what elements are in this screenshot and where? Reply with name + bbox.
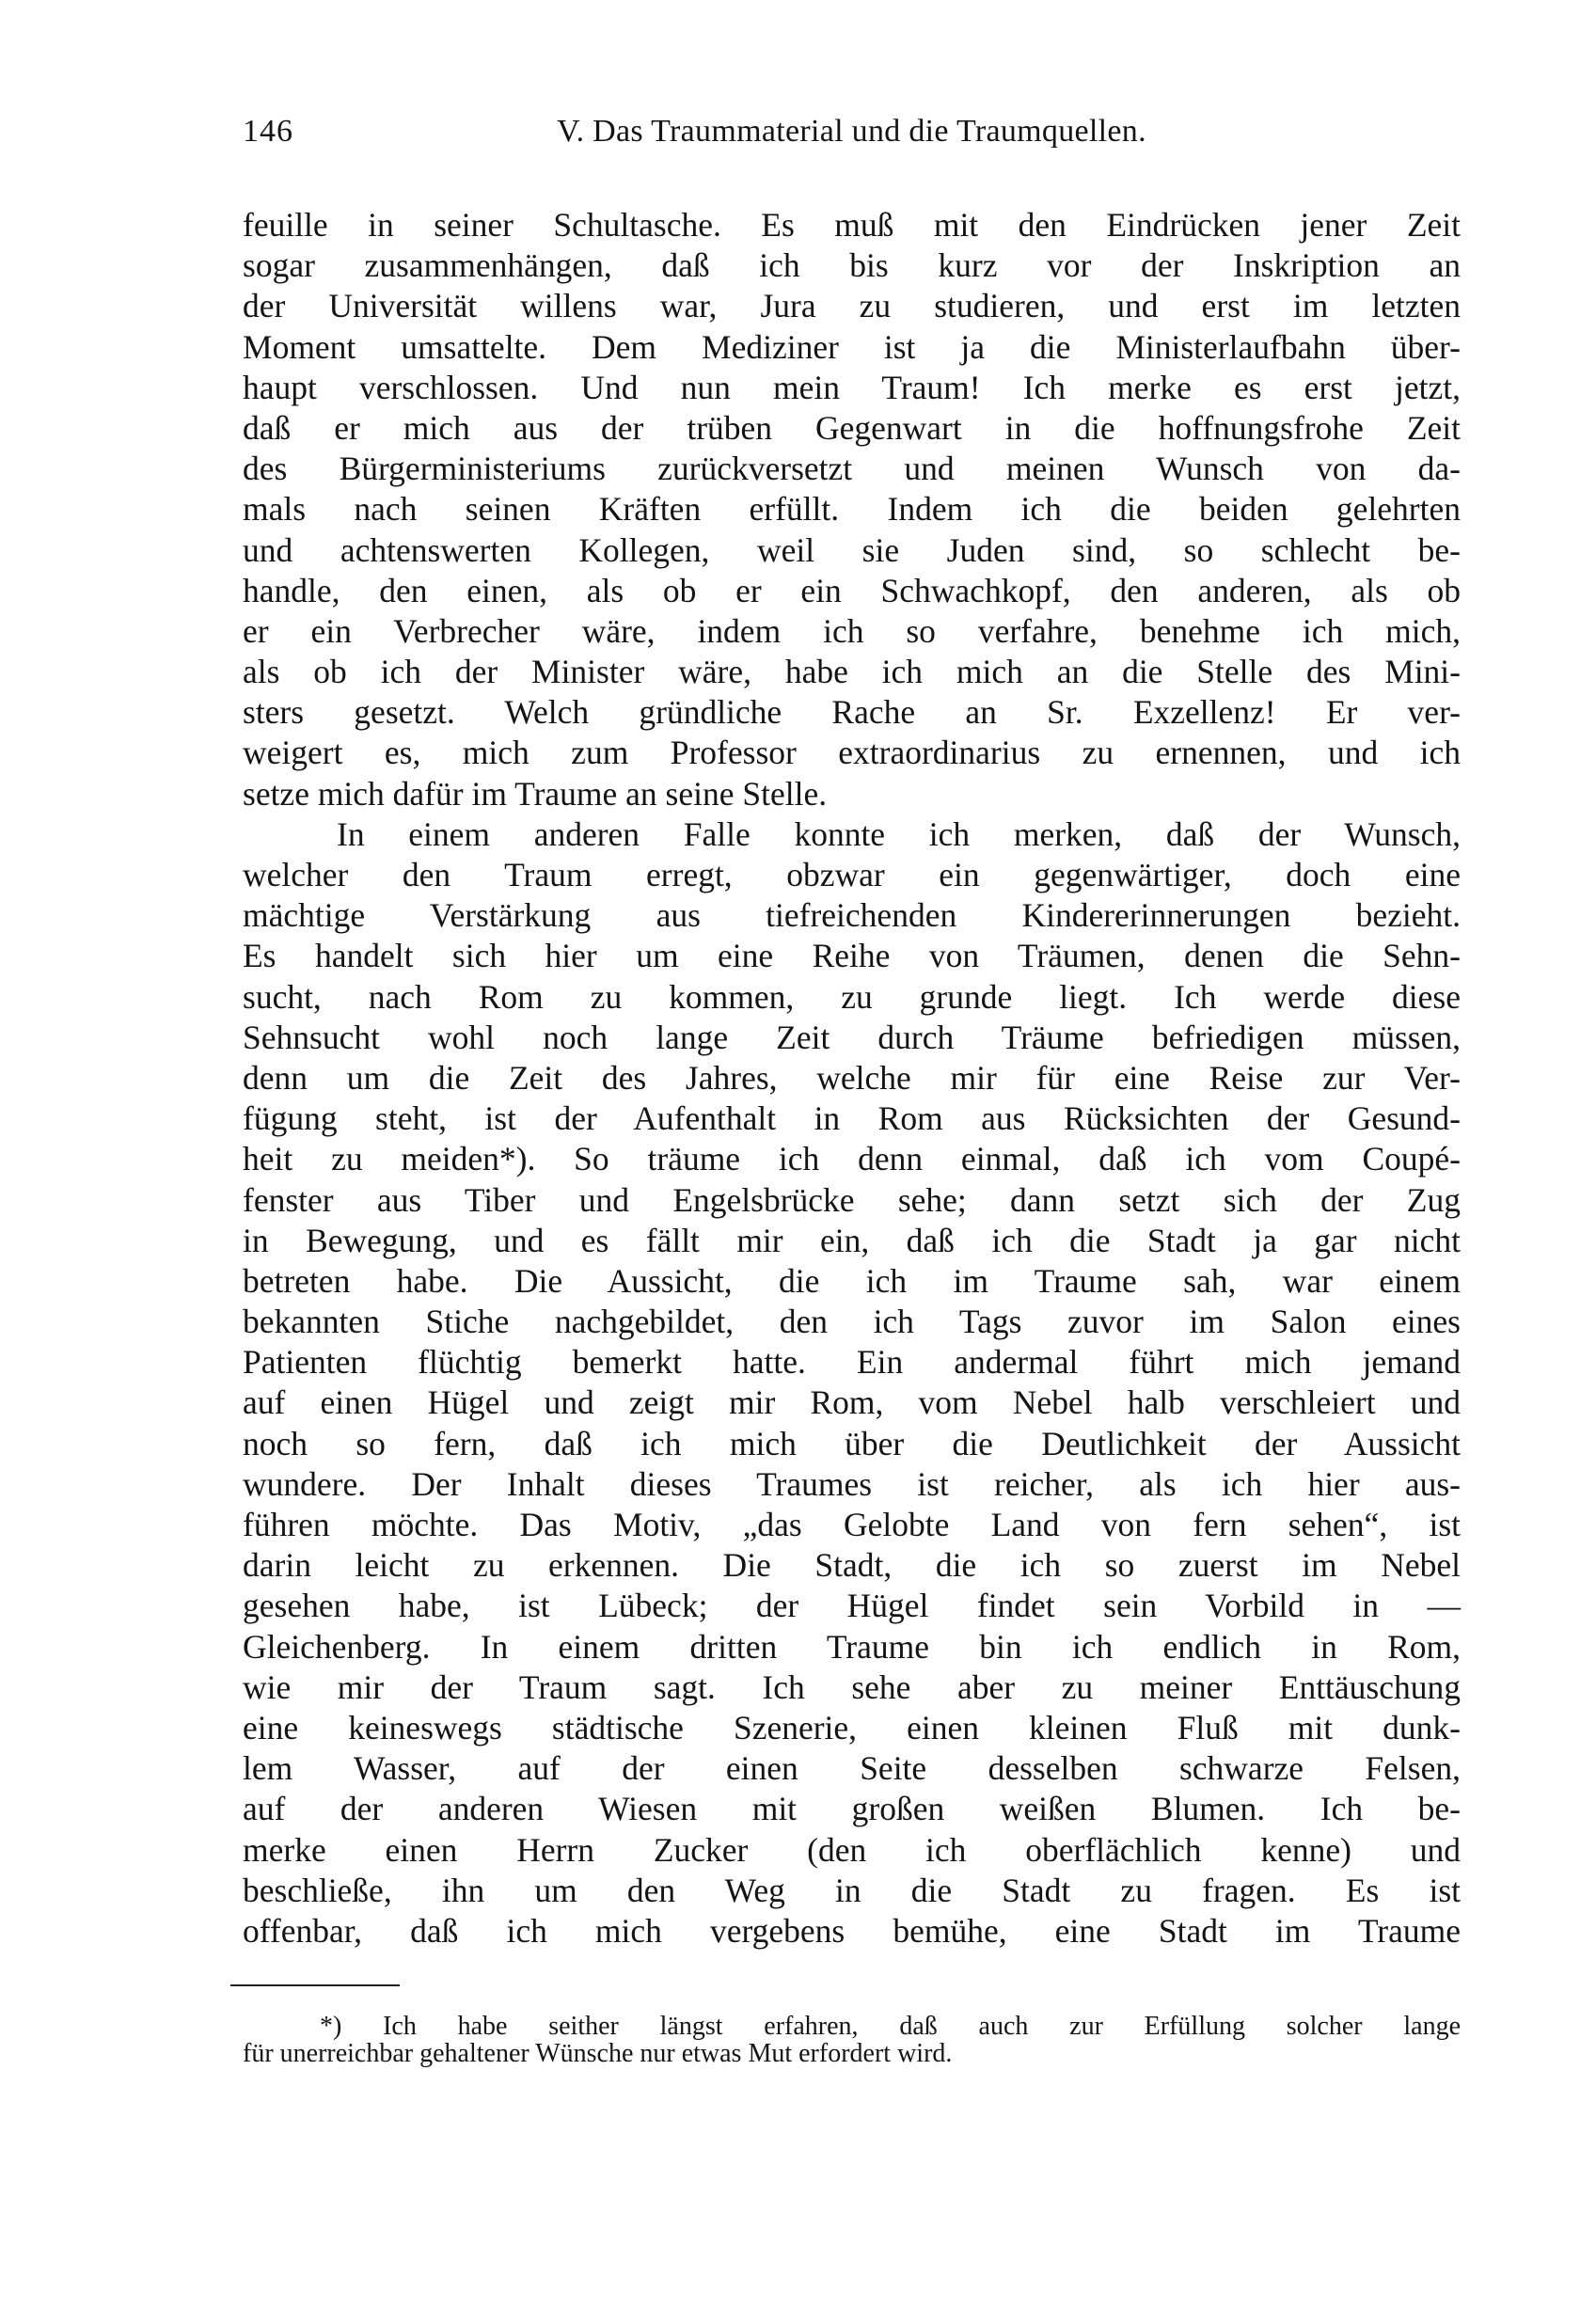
text-line: sogar zusammenhängen, daß ich bis kurz v… bbox=[243, 245, 1461, 286]
text-line: Gleichenberg. In einem dritten Traume bi… bbox=[243, 1627, 1461, 1667]
text-line: der Universität willens war, Jura zu stu… bbox=[243, 286, 1461, 326]
text-line: Moment umsattelte. Dem Mediziner ist ja … bbox=[243, 327, 1461, 368]
text-line: merke einen Herrn Zucker (den ich oberfl… bbox=[243, 1830, 1461, 1871]
text-line: mals nach seinen Kräften erfüllt. Indem … bbox=[243, 489, 1461, 529]
text-line: feuille in seiner Schultasche. Es muß mi… bbox=[243, 205, 1461, 245]
text-line: auf einen Hügel und zeigt mir Rom, vom N… bbox=[243, 1383, 1461, 1423]
text-line: setze mich dafür im Traume an seine Stel… bbox=[243, 774, 1461, 814]
text-line: darin leicht zu erkennen. Die Stadt, die… bbox=[243, 1545, 1461, 1586]
text-line: fenster aus Tiber und Engelsbrücke sehe;… bbox=[243, 1180, 1461, 1221]
text-line: gesehen habe, ist Lübeck; der Hügel find… bbox=[243, 1586, 1461, 1626]
text-line: eine keineswegs städtische Szenerie, ein… bbox=[243, 1708, 1461, 1748]
footnote-rule bbox=[230, 1984, 400, 1986]
text-line: des Bürgerministeriums zurückversetzt un… bbox=[243, 449, 1461, 489]
text-line: sucht, nach Rom zu kommen, zu grunde lie… bbox=[243, 977, 1461, 1018]
text-line: Sehnsucht wohl noch lange Zeit durch Trä… bbox=[243, 1018, 1461, 1058]
text-line: fügung steht, ist der Aufenthalt in Rom … bbox=[243, 1098, 1461, 1139]
text-line: Patienten flüchtig bemerkt hatte. Ein an… bbox=[243, 1342, 1461, 1383]
text-line: auf der anderen Wiesen mit großen weißen… bbox=[243, 1789, 1461, 1829]
text-line: haupt verschlossen. Und nun mein Traum! … bbox=[243, 368, 1461, 408]
text-line: mächtige Verstärkung aus tiefreichenden … bbox=[243, 895, 1461, 936]
text-line: handle, den einen, als ob er ein Schwach… bbox=[243, 571, 1461, 611]
text-line: und achtenswerten Kollegen, weil sie Jud… bbox=[243, 530, 1461, 571]
text-line: in Bewegung, und es fällt mir ein, daß i… bbox=[243, 1221, 1461, 1261]
text-line: noch so fern, daß ich mich über die Deut… bbox=[243, 1424, 1461, 1464]
text-line: daß er mich aus der trüben Gegenwart in … bbox=[243, 408, 1461, 449]
text-line: welcher den Traum erregt, obzwar ein geg… bbox=[243, 855, 1461, 895]
text-line: führen möchte. Das Motiv, „das Gelobte L… bbox=[243, 1505, 1461, 1545]
footnote-line: für unerreichbar gehaltener Wünsche nur … bbox=[243, 2040, 1461, 2067]
text-line: denn um die Zeit des Jahres, welche mir … bbox=[243, 1058, 1461, 1098]
chapter-title: V. Das Traummaterial und die Traumquelle… bbox=[243, 111, 1461, 152]
text-line: betreten habe. Die Aussicht, die ich im … bbox=[243, 1261, 1461, 1302]
paragraph-1: feuille in seiner Schultasche. Es muß mi… bbox=[243, 205, 1461, 814]
footnote-line: *) Ich habe seither längst erfahren, daß… bbox=[243, 2013, 1461, 2040]
text-line: wundere. Der Inhalt dieses Traumes ist r… bbox=[243, 1464, 1461, 1505]
footnote: *) Ich habe seither längst erfahren, daß… bbox=[243, 2013, 1461, 2067]
text-line: heit zu meiden*). So träume ich denn ein… bbox=[243, 1139, 1461, 1179]
text-line: als ob ich der Minister wäre, habe ich m… bbox=[243, 652, 1461, 692]
running-head: 146 V. Das Traummaterial und die Traumqu… bbox=[243, 111, 1461, 152]
body-text: feuille in seiner Schultasche. Es muß mi… bbox=[243, 205, 1461, 1952]
text-line: weigert es, mich zum Professor extraordi… bbox=[243, 733, 1461, 773]
text-line: Es handelt sich hier um eine Reihe von T… bbox=[243, 936, 1461, 976]
text-line: er ein Verbrecher wäre, indem ich so ver… bbox=[243, 611, 1461, 652]
text-line: sters gesetzt. Welch gründliche Rache an… bbox=[243, 692, 1461, 733]
text-line: wie mir der Traum sagt. Ich sehe aber zu… bbox=[243, 1667, 1461, 1708]
paragraph-2: In einem anderen Falle konnte ich merken… bbox=[243, 814, 1461, 1952]
text-line: beschließe, ihn um den Weg in die Stadt … bbox=[243, 1871, 1461, 1911]
text-line: offenbar, daß ich mich vergebens bemühe,… bbox=[243, 1911, 1461, 1952]
text-line: In einem anderen Falle konnte ich merken… bbox=[243, 814, 1461, 855]
text-line: lem Wasser, auf der einen Seite desselbe… bbox=[243, 1748, 1461, 1789]
text-line: bekannten Stiche nachgebildet, den ich T… bbox=[243, 1302, 1461, 1342]
book-page: 146 V. Das Traummaterial und die Traumqu… bbox=[0, 0, 1596, 2323]
